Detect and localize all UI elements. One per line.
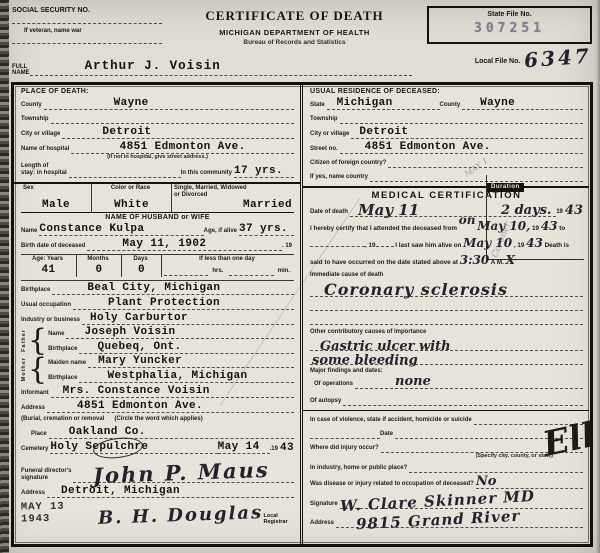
- marital-cell: Single, Married, Widowed or Divorced Mar…: [171, 184, 294, 212]
- violence-row: In case of violence, state if accident, …: [310, 414, 583, 425]
- age-years-value: 41: [23, 265, 74, 276]
- occupation-value: Plant Protection: [108, 298, 220, 309]
- spouse-header: NAME OF HUSBAND or WIFE: [21, 212, 294, 221]
- mother-birthplace-value: Westphalia, Michigan: [107, 371, 247, 382]
- residence-state-value: Michigan: [337, 98, 393, 109]
- state-file-box: State File No. 307251: [427, 6, 592, 44]
- full-name-value: Arthur J. Voisin: [85, 59, 221, 73]
- mother-name-row: Maiden name Mary Yuncker: [48, 356, 294, 368]
- hospital-note: (If not in hospital, give street address…: [21, 154, 294, 160]
- binding-edge: [0, 0, 9, 553]
- operations-value: none: [395, 376, 431, 388]
- blank-line-1: [310, 297, 583, 311]
- mother-block: Mother { Maiden name Mary Yuncker Birthp…: [21, 356, 294, 383]
- duration-column: Duration 2 days.: [486, 175, 584, 260]
- age-days-cell: Days 0: [121, 255, 161, 277]
- right-column: USUAL RESIDENCE OF DECEASED: State Michi…: [300, 85, 590, 544]
- informant-value: Mrs. Constance Voisin: [63, 386, 210, 397]
- burial-place-value: Oakland Co.: [69, 427, 146, 438]
- contributory-line-1: Gastric ulcer with: [310, 337, 583, 351]
- burial-date-value: May 14: [218, 442, 260, 453]
- birthplace-value: Beal City, Michigan: [87, 283, 220, 294]
- ssn-label: SOCIAL SECURITY NO.: [12, 2, 162, 15]
- father-birthplace-row: Birthplace Quebeq, Ont.: [48, 342, 294, 354]
- father-name-row: Name Joseph Voisin: [48, 327, 294, 339]
- race-cell: Color or Race White: [91, 184, 171, 212]
- community-value: 17 yrs.: [234, 166, 283, 177]
- operations-row: Of operations none: [310, 376, 583, 389]
- township-row: Township: [21, 113, 294, 124]
- occupation-related-row: Was disease or injury related to occupat…: [310, 476, 583, 489]
- mother-birthplace-row: Birthplace Westphalia, Michigan: [48, 371, 294, 383]
- autopsy-row: Of autopsy: [310, 392, 583, 406]
- violence-date-row: Date: [310, 428, 583, 439]
- community-label: In this community: [181, 170, 234, 178]
- director-address-value: Detroit, Michigan: [61, 486, 180, 497]
- marital-value: Married: [243, 200, 292, 211]
- father-name-value: Joseph Voisin: [84, 327, 175, 338]
- full-name-row: FULL NAME Arthur J. Voisin: [12, 56, 412, 76]
- burial-circle-note: (Burial, cremation or removal (Circle th…: [21, 416, 294, 424]
- death-certificate: SOCIAL SECURITY NO. If veteran, name war…: [0, 0, 600, 553]
- spouse-name-value: Constance Kulpa: [39, 224, 144, 235]
- violence-divider: [303, 410, 589, 411]
- full-name-line: Arthur J. Voisin: [30, 56, 412, 76]
- hospital-row: Name of hospital 4851 Edmonton Ave.: [21, 142, 294, 154]
- local-file-label: Local File No.: [475, 58, 521, 66]
- informant-row: Informant Mrs. Constance Voisin: [21, 386, 294, 398]
- father-brace: {: [28, 328, 47, 354]
- spouse-age-value: 37 yrs.: [239, 224, 288, 235]
- spouse-name-row: Name Constance Kulpa Age, if alive 37 yr…: [21, 224, 294, 236]
- county-row: County Wayne: [21, 98, 294, 110]
- residence-street-value: 4851 Edmonton Ave.: [365, 142, 491, 153]
- director-address-row: Address Detroit, Michigan: [21, 486, 294, 498]
- local-file-row: Local File No. 6347: [427, 50, 592, 66]
- informant-address-value: 4851 Edmonton Ave.: [77, 401, 203, 412]
- age-days-value: 0: [124, 265, 159, 276]
- mother-brace: {: [28, 357, 47, 383]
- industry-row: Industry or business Holy Carburtor: [21, 313, 294, 325]
- mother-name-value: Mary Yuncker: [98, 356, 182, 367]
- residence-street-row: Street no. 4851 Edmonton Ave.: [310, 142, 583, 154]
- state-file-number-stamp: 307251: [433, 21, 586, 36]
- veteran-label: If veteran, name war: [12, 28, 162, 35]
- death-time-value: 3:30: [460, 253, 489, 267]
- immediate-cause-label: Immediate cause of death: [310, 272, 583, 280]
- birthplace-row: Birthplace Beal City, Michigan: [21, 280, 294, 295]
- hospital-value: 4851 Edmonton Ave.: [120, 142, 246, 153]
- veteran-line: [12, 43, 162, 44]
- cemetery-value: Holy Sepulchre: [50, 442, 148, 453]
- burial-year-value: 43: [280, 443, 294, 454]
- mother-label: Mother: [21, 357, 27, 381]
- scan-right-edge: [596, 0, 600, 553]
- immediate-cause-value: Coronary sclerosis: [324, 280, 508, 299]
- contributory-value-2: some bleeding: [312, 353, 418, 368]
- findings-label: Major findings and dates:: [310, 368, 583, 376]
- father-birthplace-value: Quebeq, Ont.: [97, 342, 181, 353]
- attended-from-superscript: on: [459, 213, 476, 227]
- blank-line-2: [310, 311, 583, 325]
- local-file-number: 6347: [524, 48, 593, 69]
- state-file-label: State File No.: [433, 11, 586, 19]
- occupation-related-value: No: [476, 476, 497, 488]
- residence-county-value: Wayne: [480, 98, 515, 109]
- local-registrar-label: Local Registrar: [263, 513, 294, 525]
- residence-city-row: City or village Detroit: [310, 127, 583, 139]
- funeral-director-signature: John P. Maus: [93, 461, 270, 485]
- left-column: PLACE OF DEATH: County Wayne Township Ci…: [14, 85, 300, 544]
- residence-city-value: Detroit: [359, 127, 408, 138]
- father-label: Father: [21, 329, 27, 352]
- age-months-value: 0: [79, 265, 119, 276]
- physician-signature-row: Signature W. Clare Skinner MD: [310, 492, 583, 509]
- full-name-label: FULL NAME: [12, 64, 30, 76]
- place-of-death-header: PLACE OF DEATH:: [21, 88, 294, 95]
- length-of-stay-row: Length of stay: in hospital In this comm…: [21, 163, 294, 178]
- registrar-row: MAY 13 1943 B. H. Douglas Local Registra…: [21, 501, 294, 525]
- residence-township-row: Township: [310, 113, 583, 124]
- injury-note: (Specify city, county, or state): [310, 453, 583, 459]
- race-value: White: [94, 200, 169, 211]
- less-than-day-cell: If less than one day hrs. min.: [161, 255, 294, 277]
- sex-cell: Sex Male: [21, 184, 91, 212]
- informant-address-row: Address 4851 Edmonton Ave.: [21, 401, 294, 413]
- age-years-cell: Age: Years 41: [21, 255, 76, 277]
- city-value: Detroit: [102, 127, 151, 138]
- date-received-stamp: MAY 13 1943: [21, 500, 83, 525]
- birthdate-row: Birth date of deceased May 11, 1902 . 19: [21, 239, 294, 251]
- residence-state-row: State Michigan County Wayne: [310, 98, 583, 110]
- certificate-title: CERTIFICATE OF DEATH: [162, 8, 427, 24]
- industry-place-row: In industry, home or public place?: [310, 462, 583, 473]
- date-of-death-value: May 11: [358, 204, 419, 216]
- duration-label: Duration: [487, 183, 524, 192]
- funeral-director-row: Funeral director's signature John P. Mau…: [21, 457, 294, 483]
- department-line: MICHIGAN DEPARTMENT OF HEALTH: [162, 28, 427, 37]
- residence-header: USUAL RESIDENCE OF DECEASED:: [310, 88, 583, 95]
- occupation-row: Usual occupation Plant Protection: [21, 298, 294, 310]
- file-number-block: State File No. 307251 Local File No. 634…: [427, 2, 592, 66]
- immediate-cause-line: Coronary sclerosis: [310, 280, 583, 297]
- contributory-label: Other contributory causes of importance: [310, 329, 583, 337]
- sex-race-marital-row: Sex Male Color or Race White Single, Mar…: [21, 184, 294, 212]
- form-body: PLACE OF DEATH: County Wayne Township Ci…: [11, 82, 593, 547]
- industry-value: Holy Carburtor: [90, 313, 188, 324]
- sex-value: Male: [23, 200, 89, 211]
- age-table: Age: Years 41 Months 0 Days 0 If less th…: [21, 254, 294, 277]
- injury-row: Where did injury occur?: [310, 442, 583, 453]
- immediate-duration-value: 2 days.: [501, 203, 551, 218]
- county-value: Wayne: [114, 98, 149, 109]
- city-row: City or village Detroit: [21, 127, 294, 139]
- burial-place-row: Place Oakland Co.: [21, 427, 294, 439]
- bureau-line: Bureau of Records and Statistics: [162, 39, 427, 46]
- registrar-signature: B. H. Douglas: [98, 504, 264, 528]
- citizen-row: Citizen of foreign country?: [310, 157, 583, 168]
- cemetery-row: Cemetery Holy Sepulchre May 14 .19 43: [21, 442, 294, 454]
- father-block: Father { Name Joseph Voisin Birthplace Q…: [21, 327, 294, 354]
- birthdate-value: May 11, 1902: [122, 239, 206, 250]
- age-months-cell: Months 0: [76, 255, 121, 277]
- ssn-line: [12, 23, 162, 24]
